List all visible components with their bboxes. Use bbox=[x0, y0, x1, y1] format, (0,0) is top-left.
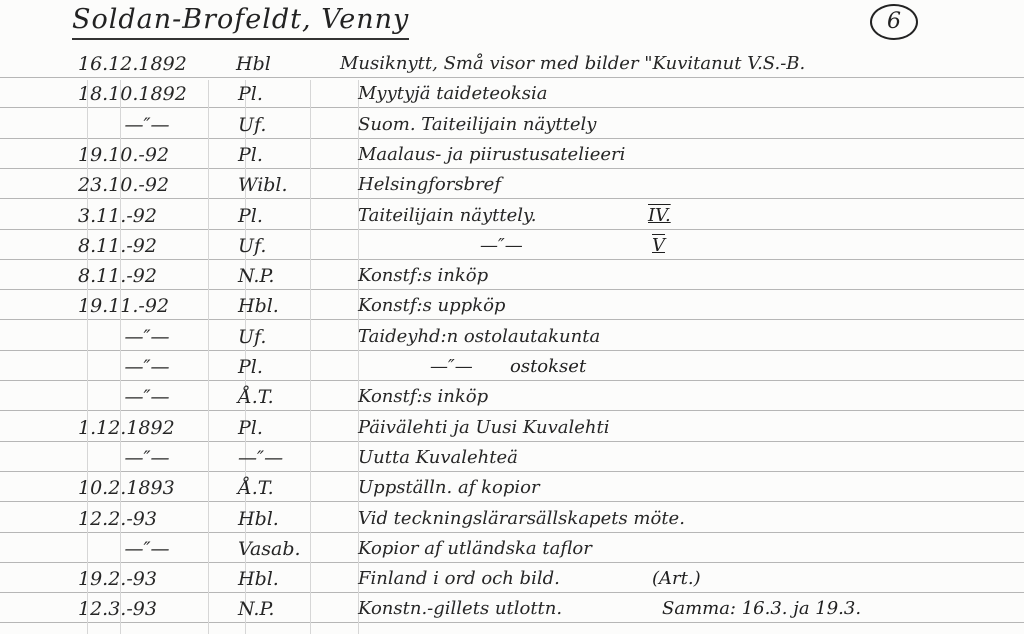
entry-row: —″—Uf.Suom. Taiteilijain näyttely bbox=[0, 108, 1024, 138]
entry-source: Hbl. bbox=[238, 289, 328, 319]
entry-note: ostokset bbox=[510, 350, 586, 380]
entry-date: —″— bbox=[82, 380, 212, 410]
entry-title: Musiknytt, Små visor med bilder "Kuvitan… bbox=[340, 47, 805, 77]
entry-source: Pl. bbox=[238, 77, 328, 107]
entry-source: N.P. bbox=[238, 259, 328, 289]
entry-date: 12.2.-93 bbox=[78, 502, 218, 532]
entry-row: 16.12.1892HblMusiknytt, Små visor med bi… bbox=[0, 47, 1024, 77]
entry-date: 18.10.1892 bbox=[78, 77, 218, 107]
entry-date: 8.11.-92 bbox=[78, 229, 218, 259]
entry-row: 1.12.1892Pl.Päivälehti ja Uusi Kuvalehti bbox=[0, 411, 1024, 441]
entry-row: —″——″—Uutta Kuvalehteä bbox=[0, 441, 1024, 471]
entry-row: 19.2.-93Hbl.Finland i ord och bild.(Art.… bbox=[0, 562, 1024, 592]
entry-title: —″— bbox=[480, 229, 523, 259]
entry-row: 23.10.-92Wibl.Helsingforsbref bbox=[0, 168, 1024, 198]
entry-row: 3.11.-92Pl.Taiteilijain näyttely.IV. bbox=[0, 199, 1024, 229]
card-heading: Soldan-Brofeldt, Venny bbox=[72, 4, 409, 40]
entry-date: —″— bbox=[82, 320, 212, 350]
entry-row: 19.11.-92Hbl.Konstf:s uppköp bbox=[0, 289, 1024, 319]
entry-date: —″— bbox=[82, 108, 212, 138]
card-number-circle: 6 bbox=[870, 4, 918, 40]
entry-title: Taiteilijain näyttely. bbox=[358, 199, 537, 229]
entry-source: Å.T. bbox=[238, 380, 328, 410]
entry-note: V bbox=[652, 229, 665, 259]
entry-title: Kopior af utländska taflor bbox=[358, 532, 592, 562]
entry-date: —″— bbox=[82, 441, 212, 471]
entry-title: Maalaus- ja piirustusatelieeri bbox=[358, 138, 625, 168]
entry-title: Helsingforsbref bbox=[358, 168, 501, 198]
entry-source: Pl. bbox=[238, 199, 328, 229]
entry-row: —″—Pl.—″—ostokset bbox=[0, 350, 1024, 380]
entry-title: Myytyjä taideteoksia bbox=[358, 77, 547, 107]
entry-note: IV. bbox=[648, 199, 671, 229]
entry-source: N.P. bbox=[238, 592, 328, 622]
entry-source: Pl. bbox=[238, 138, 328, 168]
entry-source: Vasab. bbox=[238, 532, 328, 562]
entry-date: —″— bbox=[82, 532, 212, 562]
entry-row: —″—Uf.Taideyhd:n ostolautakunta bbox=[0, 320, 1024, 350]
entry-title: Finland i ord och bild. bbox=[358, 562, 560, 592]
entry-date: 12.3.-93 bbox=[78, 592, 218, 622]
entry-date: 16.12.1892 bbox=[78, 47, 218, 77]
entry-row: 19.10.-92Pl.Maalaus- ja piirustusateliee… bbox=[0, 138, 1024, 168]
entry-row: 8.11.-92Uf.—″—V bbox=[0, 229, 1024, 259]
entry-source: Uf. bbox=[238, 108, 328, 138]
entry-row: 12.2.-93Hbl.Vid teckningslärarsällskapet… bbox=[0, 502, 1024, 532]
entry-row: 12.3.-93N.P.Konstn.-gillets utlottn.Samm… bbox=[0, 592, 1024, 622]
entry-row: 10.2.1893Å.T.Uppställn. af kopior bbox=[0, 471, 1024, 501]
entry-title: Konstf:s uppköp bbox=[358, 289, 505, 319]
entry-source: —″— bbox=[238, 441, 328, 471]
entry-date: 19.10.-92 bbox=[78, 138, 218, 168]
entry-title: Konstf:s inköp bbox=[358, 259, 488, 289]
entry-title: Konstf:s inköp bbox=[358, 380, 488, 410]
entry-date: —″— bbox=[82, 350, 212, 380]
entry-title: —″— bbox=[430, 350, 473, 380]
entry-date: 19.11.-92 bbox=[78, 289, 218, 319]
entry-date: 1.12.1892 bbox=[78, 411, 218, 441]
entry-source: Å.T. bbox=[238, 471, 328, 501]
entry-note: Samma: 16.3. ja 19.3. bbox=[662, 592, 861, 622]
entry-title: Päivälehti ja Uusi Kuvalehti bbox=[358, 411, 609, 441]
index-card: Soldan-Brofeldt, Venny 6 16.12.1892HblMu… bbox=[0, 0, 1024, 634]
entry-source: Hbl bbox=[236, 47, 326, 77]
entry-title: Suom. Taiteilijain näyttely bbox=[358, 108, 596, 138]
entry-date: 19.2.-93 bbox=[78, 562, 218, 592]
entry-date: 23.10.-92 bbox=[78, 168, 218, 198]
entry-row: —″—Å.T.Konstf:s inköp bbox=[0, 380, 1024, 410]
entry-title: Uutta Kuvalehteä bbox=[358, 441, 518, 471]
entry-source: Uf. bbox=[238, 229, 328, 259]
entry-title: Taideyhd:n ostolautakunta bbox=[358, 320, 600, 350]
entry-date: 3.11.-92 bbox=[78, 199, 218, 229]
entry-row: 18.10.1892Pl.Myytyjä taideteoksia bbox=[0, 77, 1024, 107]
entry-source: Wibl. bbox=[238, 168, 328, 198]
entry-title: Vid teckningslärarsällskapets möte. bbox=[358, 502, 685, 532]
entry-title: Konstn.-gillets utlottn. bbox=[358, 592, 562, 622]
entry-source: Uf. bbox=[238, 320, 328, 350]
entry-row: 8.11.-92N.P.Konstf:s inköp bbox=[0, 259, 1024, 289]
entry-title: Uppställn. af kopior bbox=[358, 471, 540, 501]
entry-source: Hbl. bbox=[238, 562, 328, 592]
ruled-line bbox=[0, 622, 1024, 623]
entry-date: 10.2.1893 bbox=[78, 471, 218, 501]
entry-row: —″—Vasab.Kopior af utländska taflor bbox=[0, 532, 1024, 562]
entry-date: 8.11.-92 bbox=[78, 259, 218, 289]
entry-source: Pl. bbox=[238, 411, 328, 441]
entry-source: Pl. bbox=[238, 350, 328, 380]
entry-note: (Art.) bbox=[652, 562, 701, 592]
entry-source: Hbl. bbox=[238, 502, 328, 532]
